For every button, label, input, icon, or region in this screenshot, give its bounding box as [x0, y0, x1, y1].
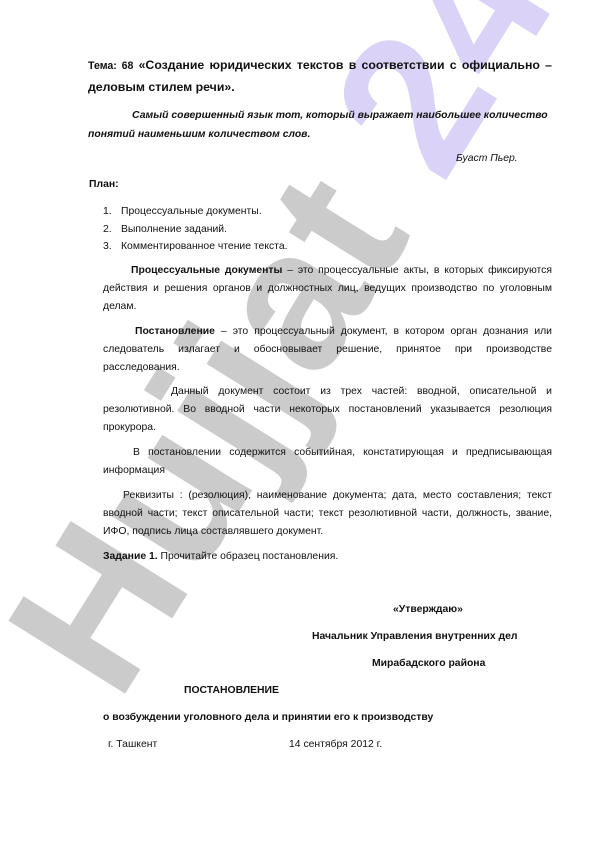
document-page: Тема: 68 «Создание юридических текстов в…: [0, 0, 596, 842]
paragraph-decree-content: В постановлении содержится событийная, к…: [103, 444, 552, 480]
task-1: Задание 1. Прочитайте образец постановле…: [103, 548, 552, 566]
approval-approve: «Утверждаю»: [393, 601, 463, 619]
term-decree: Постановление: [135, 326, 215, 337]
plan-item: 2.Выполнение заданий.: [103, 221, 288, 239]
plan-label: План:: [89, 176, 119, 194]
approval-position: Начальник Управления внутренних дел: [312, 628, 518, 646]
plan-item: 1.Процессуальные документы.: [103, 203, 288, 221]
plan-item: 3.Комментированное чтение текста.: [103, 238, 288, 256]
lesson-title: Тема: 68 «Создание юридических текстов в…: [88, 55, 552, 98]
plan-list: 1.Процессуальные документы. 2.Выполнение…: [103, 203, 288, 256]
paragraph-document-parts: Данный документ состоит из трех частей: …: [103, 383, 552, 437]
decree-date: 14 сентября 2012 г.: [289, 736, 382, 754]
paragraph-procedural-documents: Процессуальные документы – это процессуа…: [103, 262, 552, 316]
decree-city: г. Ташкент: [108, 736, 157, 754]
decree-heading: ПОСТАНОВЛЕНИЕ: [184, 682, 279, 700]
paragraph-requisites: Реквизиты : (резолюция), наименование до…: [103, 487, 552, 541]
paragraph-decree-definition: Постановление – это процессуальный докум…: [103, 323, 552, 377]
title-main: «Создание юридических текстов в соответс…: [88, 58, 552, 94]
epigraph-line-1: Самый совершенный язык тот, который выра…: [88, 106, 552, 125]
title-prefix: Тема: 68: [88, 60, 133, 72]
task-label: Задание 1.: [103, 551, 158, 562]
epigraph: Самый совершенный язык тот, который выра…: [88, 106, 552, 144]
approval-district: Мирабадского района: [372, 655, 485, 673]
epigraph-line-2: понятий наименьшим количеством слов.: [88, 125, 552, 144]
epigraph-author: Буаст Пьер.: [456, 150, 518, 168]
decree-subheading: о возбуждении уголовного дела и принятии…: [103, 709, 433, 727]
term-procedural-documents: Процессуальные документы: [131, 265, 282, 276]
